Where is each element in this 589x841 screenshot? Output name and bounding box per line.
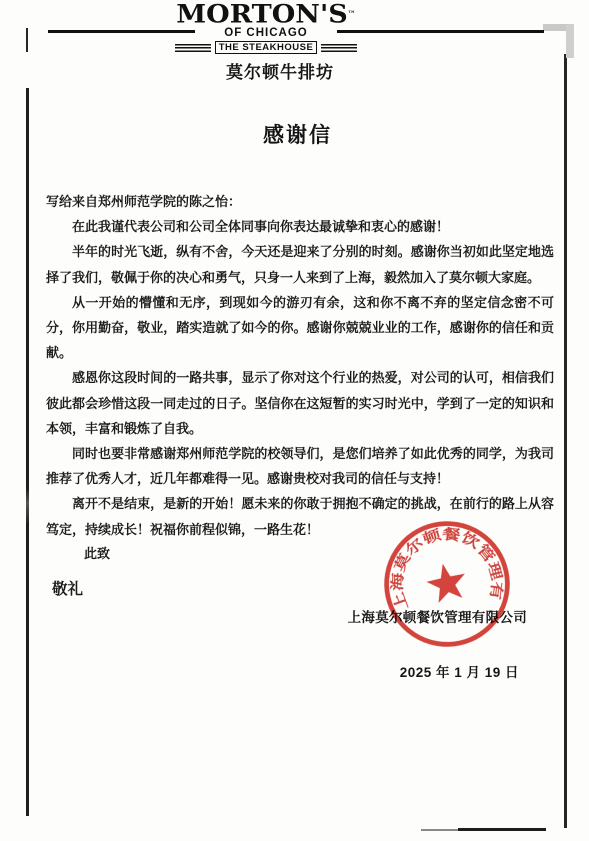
letter-page: MORTON'S™ OF CHICAGO THE STEAKHOUSE 莫尔顿牛… [0,0,589,841]
steakhouse-row: THE STEAKHOUSE [0,41,532,54]
salutation: 写给来自郑州师范学院的陈之怡： [46,189,554,214]
closing-salute: 敬礼 [52,577,83,599]
seal-star-icon [423,560,469,605]
letterhead: MORTON'S™ OF CHICAGO THE STEAKHOUSE 莫尔顿牛… [0,2,532,83]
letter-title: 感谢信 [0,119,589,149]
scan-edge-left [26,88,29,816]
steakhouse-badge: THE STEAKHOUSE [215,41,318,54]
scan-corner-mark-v [566,24,574,58]
brand-logo: MORTON'S™ [0,3,532,27]
paragraph: 同时也要非常感谢郑州师范学院的校领导们，是您们培养了如此优秀的同学，为我司推荐了… [46,441,554,491]
scan-edge-bottom [458,828,546,831]
paragraph: 在此我谨代表公司和公司全体同事向你表达最诚挚和衷心的感谢！ [46,214,554,239]
closing-respectfully: 此致 [84,543,110,562]
brand-name: MORTON'S [176,0,347,29]
triple-lines-right-icon [321,44,357,52]
paragraph: 半年的时光飞逝，纵有不舍，今天还是迎来了分别的时刻。感谢你当初如此坚定地选择了我… [46,239,554,289]
signature-date: 2025 年 1 月 19 日 [400,661,519,681]
brand-chinese-name: 莫尔顿牛排坊 [28,58,532,83]
paragraph: 感恩你这段时间的一路共事，显示了你对这个行业的热爱，对公司的认可，相信我们彼此都… [46,365,554,441]
brand-subtitle: OF CHICAGO [0,28,532,39]
trademark-mark: ™ [348,9,356,18]
scan-edge-right [564,54,567,828]
paragraph: 从一开始的懵懂和无序，到现如今的游刃有余，这和你不离不弃的坚定信念密不可分，你用… [46,290,554,366]
letter-body: 写给来自郑州师范学院的陈之怡： 在此我谨代表公司和公司全体同事向你表达最诚挚和衷… [46,189,554,542]
triple-lines-left-icon [175,44,211,52]
